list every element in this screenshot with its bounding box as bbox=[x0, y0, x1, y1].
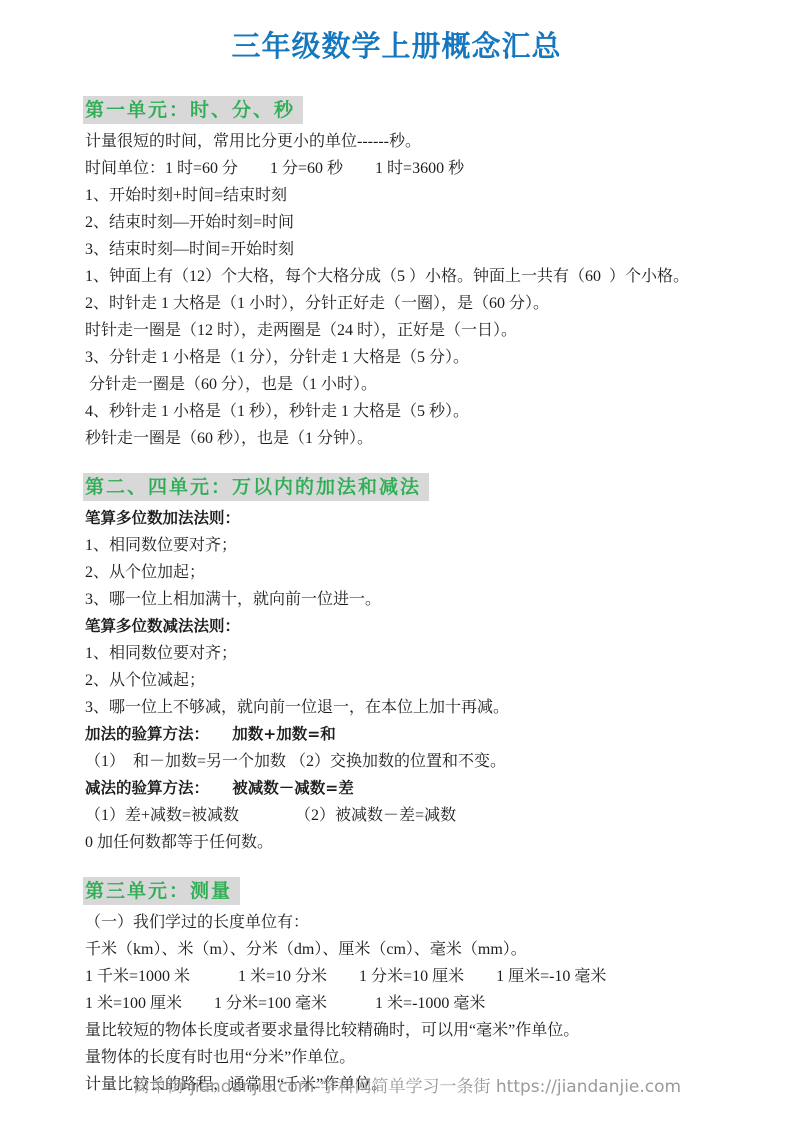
text-line: 1 千米=1000 米 1 米=10 分米 1 分米=10 厘米 1 厘米=-1… bbox=[85, 963, 738, 990]
text-line: 1、开始时刻+时间=结束时刻 bbox=[85, 182, 738, 209]
section-heading: 第一单元：时、分、秒 bbox=[83, 96, 303, 124]
text-line: 1、钟面上有（12）个大格，每个大格分成（5 ）小格。钟面上一共有（60 ）个小… bbox=[85, 263, 738, 290]
text-line: 2、时针走 1 大格是（1 小时），分针正好走（一圈），是（60 分）。 bbox=[85, 290, 738, 317]
text-line: 2、从个位加起； bbox=[85, 559, 738, 586]
text-line: 3、哪一位上不够减，就向前一位退一，在本位上加十再减。 bbox=[85, 694, 738, 721]
text-line: 减法的验算方法： 被减数－减数=差 bbox=[85, 775, 738, 802]
unit-section: 第一单元：时、分、秒计量很短的时间，常用比分更小的单位------秒。时间单位：… bbox=[85, 96, 738, 452]
text-line: 量比较短的物体长度或者要求量得比较精确时，可以用“毫米”作单位。 bbox=[85, 1017, 738, 1044]
unit-section: 第三单元：测量（一）我们学过的长度单位有：千米（km）、米（m）、分米（dm）、… bbox=[85, 877, 738, 1098]
text-line: 3、哪一位上相加满十，就向前一位进一。 bbox=[85, 586, 738, 613]
text-line: 加法的验算方法： 加数+加数=和 bbox=[85, 721, 738, 748]
section-heading: 第三单元：测量 bbox=[83, 877, 240, 905]
text-line: （1） 和－加数=另一个加数 （2）交换加数的位置和不变。 bbox=[85, 748, 738, 775]
text-line: 0 加任何数都等于任何数。 bbox=[85, 829, 738, 856]
unit-section: 第二、四单元：万以内的加法和减法笔算多位数加法法则：1、相同数位要对齐；2、从个… bbox=[85, 473, 738, 856]
text-line: 3、分针走 1 小格是（1 分），分针走 1 大格是（5 分）。 bbox=[85, 344, 738, 371]
text-line: （一）我们学过的长度单位有： bbox=[85, 909, 738, 936]
text-line: 量物体的长度有时也用“分米”作单位。 bbox=[85, 1044, 738, 1071]
text-line: 2、从个位减起； bbox=[85, 667, 738, 694]
document-page: 三年级数学上册概念汇总 第一单元：时、分、秒计量很短的时间，常用比分更小的单位-… bbox=[0, 0, 793, 1122]
text-line: 2、结束时刻—开始时刻=时间 bbox=[85, 209, 738, 236]
watermark-text: 简单街-jiandanjie.com-学科网简单学习一条街 https://ji… bbox=[133, 1072, 681, 1097]
text-line: 笔算多位数减法法则： bbox=[85, 613, 738, 640]
text-line: 1、相同数位要对齐； bbox=[85, 640, 738, 667]
text-line: 1 米=100 厘米 1 分米=100 毫米 1 米=-1000 毫米 bbox=[85, 990, 738, 1017]
text-line: 时间单位：1 时=60 分 1 分=60 秒 1 时=3600 秒 bbox=[85, 155, 738, 182]
text-line: 1、相同数位要对齐； bbox=[85, 532, 738, 559]
page-title: 三年级数学上册概念汇总 bbox=[0, 24, 793, 65]
section-heading: 第二、四单元：万以内的加法和减法 bbox=[83, 473, 429, 501]
text-line: 分针走一圈是（60 分），也是（1 小时）。 bbox=[85, 371, 738, 398]
text-line: 千米（km）、米（m）、分米（dm）、厘米（cm）、毫米（mm）。 bbox=[85, 936, 738, 963]
text-line: 秒针走一圈是（60 秒），也是（1 分钟）。 bbox=[85, 425, 738, 452]
text-line: （1）差+减数=被减数 （2）被减数－差=减数 bbox=[85, 802, 738, 829]
text-line: 计量很短的时间，常用比分更小的单位------秒。 bbox=[85, 128, 738, 155]
text-line: 时针走一圈是（12 时），走两圈是（24 时），正好是（一日）。 bbox=[85, 317, 738, 344]
sections-container: 第一单元：时、分、秒计量很短的时间，常用比分更小的单位------秒。时间单位：… bbox=[0, 96, 793, 1098]
text-line: 3、结束时刻—时间=开始时刻 bbox=[85, 236, 738, 263]
text-line: 笔算多位数加法法则： bbox=[85, 505, 738, 532]
text-line: 4、秒针走 1 小格是（1 秒），秒针走 1 大格是（5 秒）。 bbox=[85, 398, 738, 425]
